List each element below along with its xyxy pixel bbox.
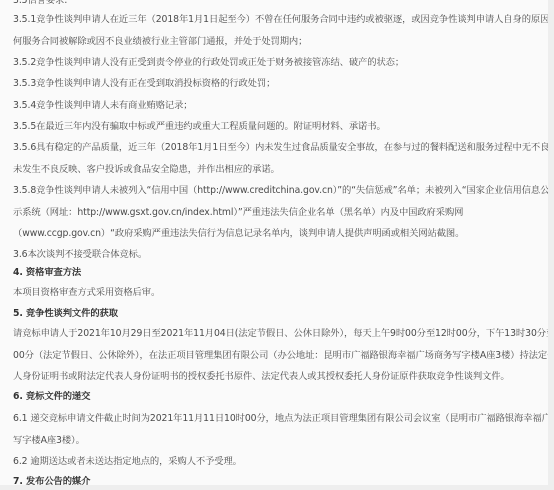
clause-3-6: 3.6本次谈判不接受联合体竞标。 (13, 249, 147, 261)
section-7-heading: 7. 发布公告的媒介 (13, 476, 90, 485)
clause-3-5-6-line-1: 3.5.6具有稳定的产品质量，近三年（2018年1月1日至今）内未发生过食品质量… (13, 142, 548, 154)
section-6-heading: 6. 竞标文件的递交 (13, 391, 90, 403)
clause-6-2: 6.2 逾期送达或者未送达指定地点的，采购人不予受理。 (13, 456, 242, 468)
clause-3-5-1-line-1: 3.5.1竞争性谈判申请人在近三年（2018年1月1日起至今）不曾在任何服务合同… (13, 14, 548, 26)
section-5-body-line-3: 人身份证明书或附法定代表人身份证明书的授权委托书原件、法定代表人或其授权委托人身… (13, 371, 510, 383)
section-5-body-line-1: 请竞标申请人于2021年10月29日至2021年11月04日(法定节假日、公休日… (13, 328, 548, 340)
clause-3-5-8-line-2: 示系统（网址：http://www.gsxt.gov.cn/index.html… (13, 207, 463, 219)
clause-3-5-1-line-2: 何服务合同被解除或因不良业绩被行业主管部门通报，并处于处罚期内； (13, 36, 307, 48)
clause-3-5-4: 3.5.4竞争性谈判申请人未有商业贿赂记录； (13, 100, 193, 112)
clause-3-5-8-line-3: （www.ccgp.gov.cn）“政府采购严重违法失信行为信息记录名单内，谈判… (13, 228, 464, 240)
section-5-heading: 5. 竞争性谈判文件的获取 (13, 308, 118, 320)
clause-3-5-5: 3.5.5在最近三年内没有骗取中标或严重违约或重大工程质量问题的。附证明材料、承… (13, 121, 386, 133)
scrollbar-track[interactable] (548, 0, 554, 490)
clause-6-1-line-1: 6.1 递交竞标申请文件截止时间为2021年11月11日10时00分，地点为法正… (13, 413, 548, 425)
clause-6-1-line-2: 写字楼A座3楼）。 (13, 435, 85, 447)
clause-3-5-6-line-2: 未发生不良反映、客户投诉或食品安全隐患，并作出相应的承诺。 (13, 164, 280, 176)
clause-3-5-2: 3.5.2竞争性谈判申请人没有正受到责令停业的行政处罚或正处于财务被接管冻结、破… (13, 57, 404, 69)
section-5-body-line-2: 00分（法定节假日、公休除外），在法正项目管理集团有限公司（办公地址：昆明市广福… (13, 350, 548, 362)
bottom-edge (0, 485, 554, 490)
document-page: 3.5信誉要求: 3.5.1竞争性谈判申请人在近三年（2018年1月1日起至今）… (0, 0, 548, 485)
section-4-heading: 4. 资格审查方法 (13, 267, 81, 279)
clause-3-5-8-line-1: 3.5.8竞争性谈判申请人未被列入“信用中国（http://www.credit… (13, 185, 548, 197)
section-3-5-heading: 3.5信誉要求: (13, 0, 67, 7)
clause-3-5-3: 3.5.3竞争性谈判申请人没有正在受到取消投标资格的行政处罚； (13, 78, 275, 90)
section-4-body: 本项目资格审查方式采用资格后审。 (13, 287, 160, 299)
